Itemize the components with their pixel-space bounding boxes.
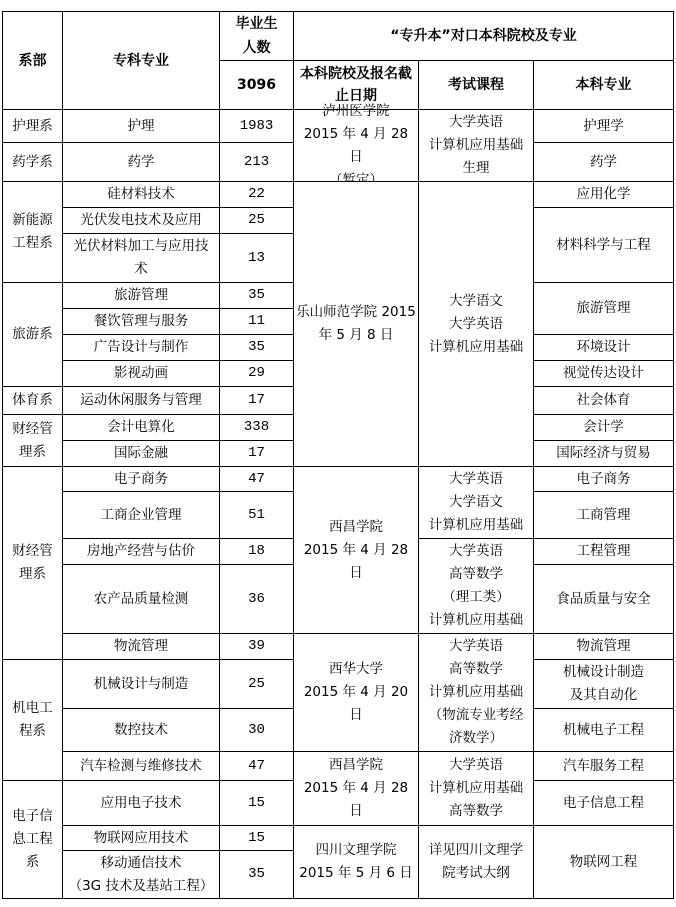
bachelor-major-cell: 电子信息工程 bbox=[533, 780, 674, 826]
exam-courses-cell: 大学英语 高等数学 计算机应用基础 （物流专业考经 济数学） bbox=[418, 633, 534, 752]
graduate-count-cell: 47 bbox=[219, 751, 294, 781]
school-deadline-cell: 西昌学院 2015 年 4 月 28 日 bbox=[293, 466, 419, 634]
graduate-count-cell: 15 bbox=[219, 780, 294, 826]
school-deadline-cell: 泸州医学院 2015 年 4 月 28 日 （暂定） bbox=[293, 109, 419, 182]
bachelor-major-cell: 护理学 bbox=[533, 109, 674, 143]
bachelor-major-cell: 汽车服务工程 bbox=[533, 751, 674, 781]
header-exam-courses: 考试课程 bbox=[418, 60, 534, 110]
bachelor-major-cell: 物联网工程 bbox=[533, 825, 674, 899]
graduate-count-cell: 18 bbox=[219, 538, 294, 565]
bachelor-major-cell: 国际经济与贸易 bbox=[533, 440, 674, 467]
vocational-major-cell: 汽车检测与维修技术 bbox=[62, 751, 220, 781]
school-deadline-cell: 四川文理学院 2015 年 5 月 6 日 bbox=[293, 825, 419, 899]
bachelor-major-cell: 环境设计 bbox=[533, 334, 674, 361]
graduate-count-cell: 15 bbox=[219, 825, 294, 851]
graduate-count-cell: 35 bbox=[219, 850, 294, 899]
bachelor-major-cell: 物流管理 bbox=[533, 633, 674, 660]
exam-courses-cell: 大学英语 高等数学 （理工类） 计算机应用基础 bbox=[418, 538, 534, 634]
graduate-count-cell: 30 bbox=[219, 708, 294, 752]
school-deadline-cell: 乐山师范学院 2015 年 5 月 8 日 bbox=[293, 181, 419, 467]
header-graduates-total: 3096 bbox=[219, 60, 294, 110]
vocational-major-cell: 移动通信技术 （3G 技术及基站工程） bbox=[62, 850, 220, 899]
graduate-count-cell: 25 bbox=[219, 659, 294, 709]
school-deadline-cell: 西昌学院 2015 年 4 月 28 日 bbox=[293, 751, 419, 826]
department-cell: 财经管 理系 bbox=[2, 466, 63, 660]
vocational-major-cell: 护理 bbox=[62, 109, 220, 143]
bachelor-major-cell: 机械设计制造 及其自动化 bbox=[533, 659, 674, 709]
bachelor-major-cell: 食品质量与安全 bbox=[533, 564, 674, 634]
graduate-count-cell: 338 bbox=[219, 414, 294, 441]
vocational-major-cell: 光伏材料加工与应用技 术 bbox=[62, 233, 220, 283]
graduate-count-cell: 213 bbox=[219, 142, 294, 182]
bachelor-major-cell: 社会体育 bbox=[533, 386, 674, 415]
vocational-major-cell: 机械设计与制造 bbox=[62, 659, 220, 709]
department-cell: 药学系 bbox=[2, 142, 63, 182]
graduate-count-cell: 47 bbox=[219, 466, 294, 492]
header-dept: 系部 bbox=[2, 11, 63, 110]
exam-courses-cell: 大学英语 计算机应用基础 生理 bbox=[418, 109, 534, 182]
upgrade-program-table: 系部 专科专业 毕业生 人数 3096 “专升本”对口本科院校及专业 本科院校及… bbox=[0, 0, 676, 907]
vocational-major-cell: 光伏发电技术及应用 bbox=[62, 207, 220, 234]
graduate-count-cell: 35 bbox=[219, 334, 294, 361]
vocational-major-cell: 数控技术 bbox=[62, 708, 220, 752]
vocational-major-cell: 旅游管理 bbox=[62, 282, 220, 309]
vocational-major-cell: 运动休闲服务与管理 bbox=[62, 386, 220, 415]
exam-courses-cell: 大学英语 计算机应用基础 高等数学 bbox=[418, 751, 534, 826]
vocational-major-cell: 农产品质量检测 bbox=[62, 564, 220, 634]
graduate-count-cell: 22 bbox=[219, 181, 294, 208]
school-deadline-cell: 西华大学 2015 年 4 月 20 日 bbox=[293, 633, 419, 752]
exam-courses-cell: 大学语文 大学英语 计算机应用基础 bbox=[418, 181, 534, 467]
bachelor-major-cell: 机械电子工程 bbox=[533, 708, 674, 752]
vocational-major-cell: 物联网应用技术 bbox=[62, 825, 220, 851]
graduate-count-cell: 17 bbox=[219, 386, 294, 415]
vocational-major-cell: 工商企业管理 bbox=[62, 491, 220, 539]
vocational-major-cell: 影视动画 bbox=[62, 360, 220, 387]
graduate-count-cell: 36 bbox=[219, 564, 294, 634]
header-bachelor-major: 本科专业 bbox=[533, 60, 674, 110]
graduate-count-cell: 11 bbox=[219, 308, 294, 335]
bachelor-major-cell: 工程管理 bbox=[533, 538, 674, 565]
vocational-major-cell: 广告设计与制作 bbox=[62, 334, 220, 361]
vocational-major-cell: 餐饮管理与服务 bbox=[62, 308, 220, 335]
bachelor-major-cell: 应用化学 bbox=[533, 181, 674, 208]
header-graduates: 毕业生 人数 bbox=[219, 11, 294, 61]
department-cell: 新能源 工程系 bbox=[2, 181, 63, 283]
bachelor-major-cell: 药学 bbox=[533, 142, 674, 182]
header-group-title: “专升本”对口本科院校及专业 bbox=[293, 11, 674, 61]
bachelor-major-cell: 工商管理 bbox=[533, 491, 674, 539]
bachelor-major-cell: 旅游管理 bbox=[533, 282, 674, 335]
exam-courses-cell: 详见四川文理学 院考试大纲 bbox=[418, 825, 534, 899]
vocational-major-cell: 物流管理 bbox=[62, 633, 220, 660]
graduate-count-cell: 39 bbox=[219, 633, 294, 660]
department-cell: 旅游系 bbox=[2, 282, 63, 387]
graduate-count-cell: 29 bbox=[219, 360, 294, 387]
vocational-major-cell: 房地产经营与估价 bbox=[62, 538, 220, 565]
vocational-major-cell: 硅材料技术 bbox=[62, 181, 220, 208]
graduate-count-cell: 1983 bbox=[219, 109, 294, 143]
graduate-count-cell: 17 bbox=[219, 440, 294, 467]
bachelor-major-cell: 视觉传达设计 bbox=[533, 360, 674, 387]
bachelor-major-cell: 材料科学与工程 bbox=[533, 207, 674, 283]
department-cell: 电子信 息工程 系 bbox=[2, 780, 63, 899]
vocational-major-cell: 应用电子技术 bbox=[62, 780, 220, 826]
department-cell: 护理系 bbox=[2, 109, 63, 143]
header-major: 专科专业 bbox=[62, 11, 220, 110]
vocational-major-cell: 电子商务 bbox=[62, 466, 220, 492]
vocational-major-cell: 国际金融 bbox=[62, 440, 220, 467]
bachelor-major-cell: 电子商务 bbox=[533, 466, 674, 492]
department-cell: 财经管 理系 bbox=[2, 414, 63, 467]
graduate-count-cell: 25 bbox=[219, 207, 294, 234]
exam-courses-cell: 大学英语 大学语文 计算机应用基础 bbox=[418, 466, 534, 539]
department-cell: 体育系 bbox=[2, 386, 63, 415]
bachelor-major-cell: 会计学 bbox=[533, 414, 674, 441]
graduate-count-cell: 35 bbox=[219, 282, 294, 309]
vocational-major-cell: 会计电算化 bbox=[62, 414, 220, 441]
vocational-major-cell: 药学 bbox=[62, 142, 220, 182]
department-cell: 机电工 程系 bbox=[2, 659, 63, 781]
graduate-count-cell: 51 bbox=[219, 491, 294, 539]
graduate-count-cell: 13 bbox=[219, 233, 294, 283]
